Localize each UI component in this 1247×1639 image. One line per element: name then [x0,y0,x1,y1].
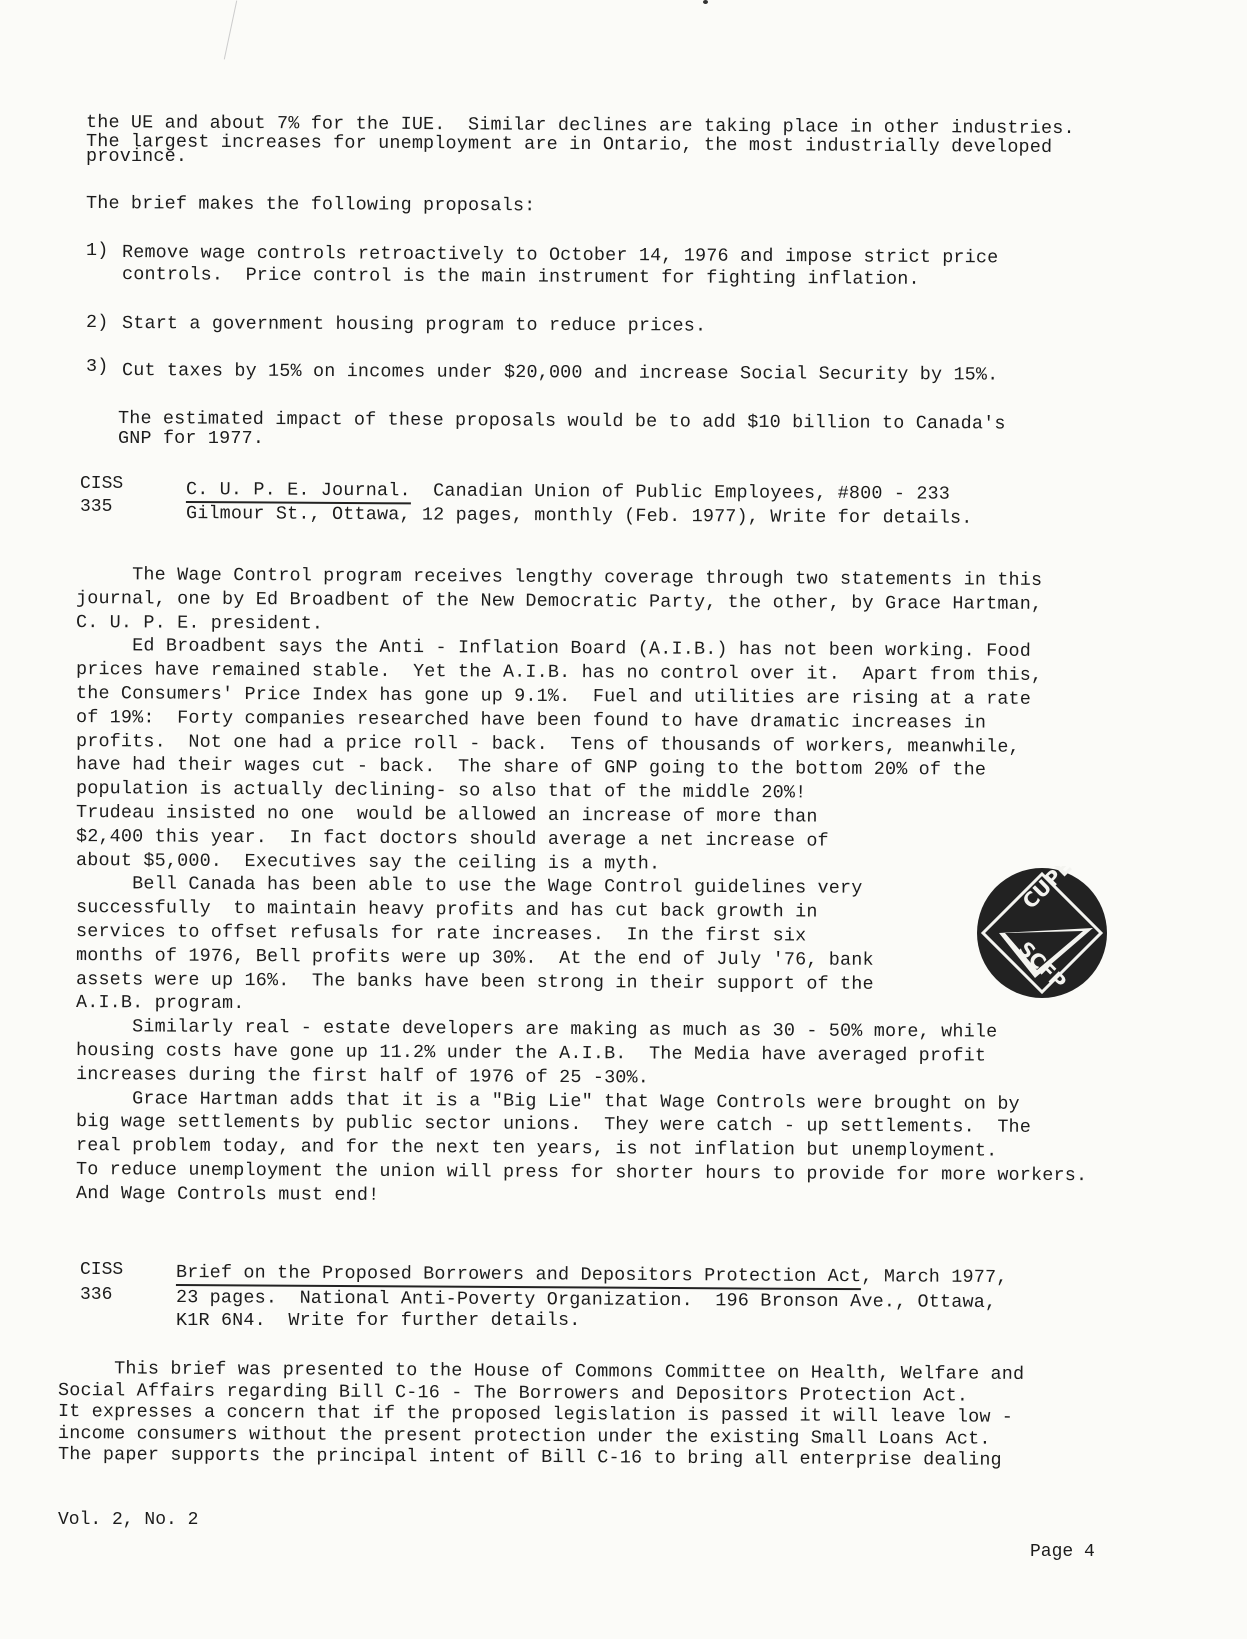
citation-line: C. U. P. E. Journal. Canadian Union of P… [186,479,950,506]
document-page: the UE and about 7% for the IUE. Similar… [0,0,1247,1639]
body-line: population is actually declining- so als… [76,778,806,804]
proposal-line: controls. Price control is the main inst… [122,264,920,291]
proposal-line: Start a government housing program to re… [122,313,706,338]
body-line: services to offset refusals for rate inc… [76,921,806,947]
volume-number: Vol. 2, No. 2 [58,1510,198,1530]
cupe-scfp-logo-icon: CUPE SCFP [975,866,1109,1000]
ciss-label: CISS [80,1260,123,1280]
body-line: And Wage Controls must end! [76,1183,380,1207]
body-line: successfully to maintain heavy profits a… [76,897,818,924]
body-line: $2,400 this year. In fact doctors should… [76,826,829,853]
proposal-number: 3) [86,356,108,378]
intro-line: The largest increases for unemployment a… [86,131,1052,159]
proposal-number: 2) [86,312,109,334]
citation-text: , March 1977, [861,1266,1007,1288]
body-line: assets were up 16%. The banks have been … [76,969,874,996]
ciss-label: CISS [80,474,123,494]
body-line: about $5,000. Executives say the ceiling… [76,850,660,876]
body-line: A.I.B. program. [76,992,245,1015]
citation-line: K1R 6N4. Write for further details. [176,1310,581,1332]
citation-line: Brief on the Proposed Borrowers and Depo… [176,1262,1008,1289]
body-line: Trudeau insisted no one would be allowed… [76,802,818,829]
body-line: of 19%: Forty companies researched have … [76,707,986,735]
scan-artifact [224,1,237,60]
body-line: months of 1976, Bell profits were up 30%… [76,945,874,972]
body-line: Similarly real - estate developers are m… [76,1016,997,1044]
body-line: real problem today, and for the next ten… [76,1135,997,1163]
entry-title: C. U. P. E. Journal. [186,479,411,504]
impact-line: GNP for 1977. [118,428,264,450]
ciss-number: 335 [80,497,112,517]
punch-mark [703,0,708,4]
body-line: the Consumers' Price Index has gone up 9… [76,683,1031,711]
body-line: have had their wages cut - back. The sha… [76,754,986,782]
body-line: journal, one by Ed Broadbent of the New … [76,588,1042,616]
proposals-heading: The brief makes the following proposals: [86,193,536,217]
body-line: housing costs have gone up 11.2% under t… [76,1040,986,1068]
ciss-number: 336 [80,1285,112,1305]
body-line: The Wage Control program receives length… [76,564,1042,592]
proposal-line: Cut taxes by 15% on incomes under $20,00… [122,360,999,387]
body-line: increases during the first half of 1976 … [76,1064,649,1090]
body-line: Bell Canada has been able to use the Wag… [76,873,863,900]
page-number: Page 4 [1030,1542,1095,1562]
citation-text: Canadian Union of Public Employees, #800… [411,480,950,504]
body-line: The paper supports the principal intent … [58,1444,1002,1472]
body-line: C. U. P. E. president. [76,612,323,636]
entry-title: Brief on the Proposed Borrowers and Depo… [176,1262,862,1290]
intro-line: province. [86,146,187,168]
proposal-number: 1) [86,240,108,262]
citation-line: Gilmour St., Ottawa, 12 pages, monthly (… [186,503,973,530]
